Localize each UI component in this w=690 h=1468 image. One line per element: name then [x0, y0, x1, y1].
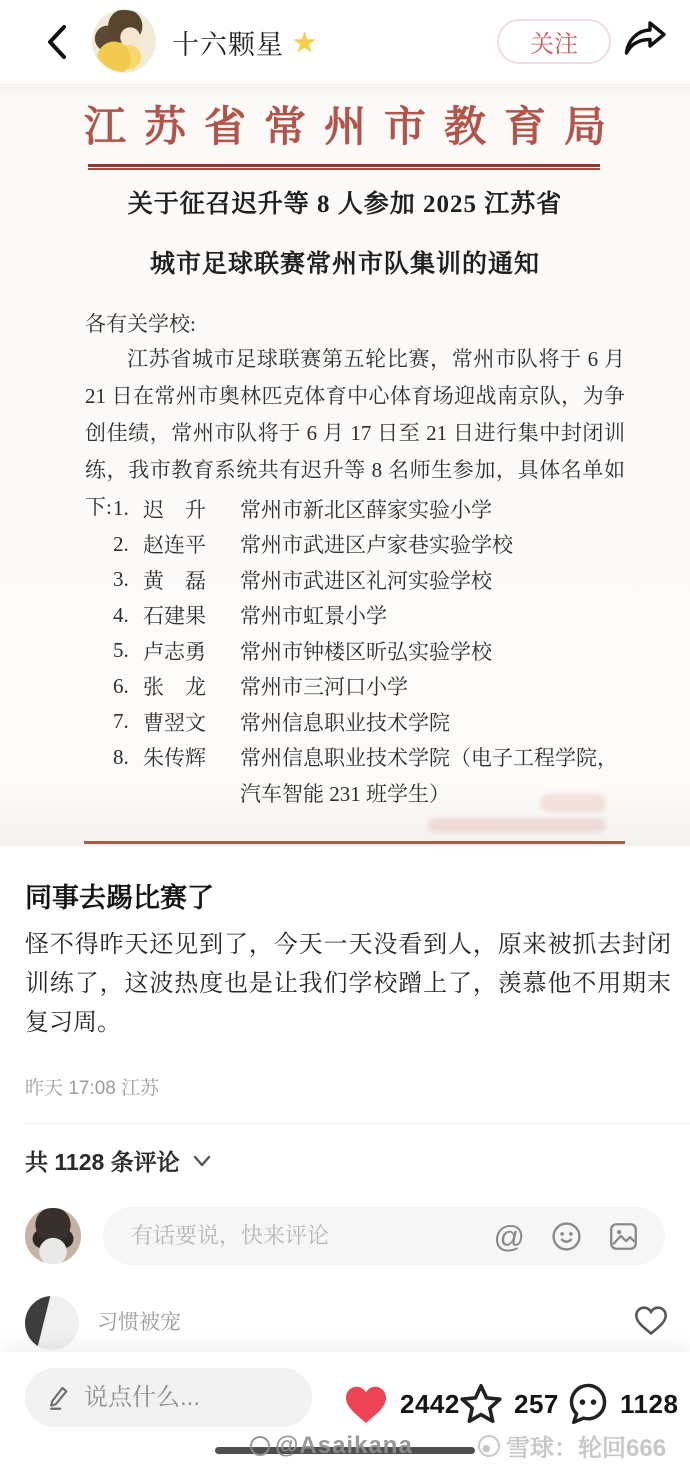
comment-count-button[interactable]: 1128	[566, 1376, 678, 1432]
doc-salutation: 各有关学校:	[85, 308, 196, 338]
post-timestamp: 昨天 17:08 江苏	[25, 1073, 159, 1100]
commenter-username[interactable]: 习惯被宠	[97, 1306, 181, 1336]
roster-name: 朱传辉	[143, 742, 240, 772]
like-count: 2442	[400, 1389, 460, 1420]
commenter-avatar[interactable]	[25, 1296, 79, 1350]
roster-row: 5. 卢志勇 常州市钟楼区昕弘实验学校	[113, 633, 633, 669]
doc-watermark-smudge	[428, 818, 606, 832]
comments-count-label: 共 1128 条评论	[25, 1144, 180, 1177]
author-name-row[interactable]: 十六颗星 ★	[172, 0, 317, 85]
xueqiu-logo-icon	[478, 1435, 500, 1457]
star-outline-icon	[458, 1382, 504, 1426]
share-arrow-icon	[622, 19, 668, 63]
roster-school: 常州市武进区礼河实验学校	[240, 565, 633, 595]
watermark-center-text: @Asaikana	[275, 1432, 413, 1460]
roster-number: 3.	[113, 567, 143, 592]
bottom-action-bar: 2442 257 1128 @Asaikana 雪球：轮回666	[0, 1352, 690, 1468]
comments-header[interactable]: 共 1128 条评论	[25, 1144, 212, 1177]
pencil-icon	[45, 1384, 72, 1411]
heart-filled-icon	[342, 1381, 390, 1427]
roster-number: 2.	[113, 532, 143, 557]
doc-watermark-smudge	[540, 794, 606, 812]
post-body: 怪不得昨天还见到了，今天一天没看到人，原来被抓去封闭训练了，这波热度也是让我们学…	[25, 925, 671, 1042]
roster-row: 1. 迟 升 常州市新北区薛家实验小学	[113, 491, 633, 527]
roster-number: 7.	[113, 709, 143, 734]
watermark-right-text: 雪球：轮回666	[506, 1428, 666, 1463]
roster-row: 7. 曹翌文 常州信息职业技术学院	[113, 704, 633, 740]
comment-count: 1128	[620, 1389, 678, 1420]
back-button[interactable]	[36, 20, 76, 64]
roster-name: 卢志勇	[143, 636, 240, 666]
comment-input-pill[interactable]: @	[103, 1207, 665, 1265]
post-detail-page: 十六颗星 ★ 关注 江苏省常州市教育局 关于征召迟升等 8 人参加 2025 江…	[0, 0, 690, 1468]
composer-pill[interactable]	[25, 1368, 312, 1427]
roster-row: 8. 朱传辉 常州信息职业技术学院（电子工程学院，	[113, 740, 633, 776]
follow-button-label: 关注	[530, 24, 578, 59]
roster-number: 4.	[113, 603, 143, 628]
roster-school: 常州信息职业技术学院	[240, 707, 633, 737]
post-image-document[interactable]: 江苏省常州市教育局 关于征召迟升等 8 人参加 2025 江苏省 城市足球联赛常…	[0, 86, 690, 846]
doc-roster: 1. 迟 升 常州市新北区薛家实验小学 2. 赵连平 常州市武进区卢家巷实验学校…	[113, 491, 633, 811]
roster-name: 曹翌文	[143, 707, 240, 737]
roster-number: 1.	[113, 496, 143, 521]
star-badge-icon: ★	[292, 26, 317, 59]
roster-school: 常州市虹景小学	[240, 600, 633, 630]
roster-row: 3. 黄 磊 常州市武进区礼河实验学校	[113, 562, 633, 598]
watermark-right: 雪球：轮回666	[478, 1428, 666, 1463]
roster-row: 4. 石建果 常州市虹景小学	[113, 598, 633, 634]
doc-agency-title: 江苏省常州市教育局	[0, 94, 690, 154]
roster-name: 石建果	[143, 600, 240, 630]
collect-button[interactable]: 257	[458, 1376, 559, 1432]
roster-number: 8.	[113, 745, 143, 770]
image-upload-icon[interactable]	[608, 1221, 639, 1252]
emoji-smiley-icon[interactable]	[551, 1221, 582, 1252]
roster-school: 常州市新北区薛家实验小学	[240, 494, 633, 524]
roster-name: 黄 磊	[143, 565, 240, 595]
chat-bubble-icon	[566, 1382, 610, 1426]
chevron-down-icon	[192, 1154, 212, 1168]
roster-number: 5.	[113, 638, 143, 663]
doc-title-line1: 关于征召迟升等 8 人参加 2025 江苏省	[0, 184, 690, 220]
comment-input-icons: @	[494, 1221, 665, 1252]
doc-title-line2: 城市足球联赛常州市队集训的通知	[0, 244, 690, 280]
roster-school: 常州市三河口小学	[240, 671, 633, 701]
roster-name: 赵连平	[143, 529, 240, 559]
comment-like-button[interactable]	[631, 1300, 671, 1340]
watermark-center: @Asaikana	[250, 1432, 413, 1460]
collect-count: 257	[514, 1389, 559, 1420]
author-avatar[interactable]	[92, 9, 156, 73]
roster-school: 常州信息职业技术学院（电子工程学院，	[240, 742, 633, 772]
roster-row: 6. 张 龙 常州市三河口小学	[113, 669, 633, 705]
comment-input[interactable]	[103, 1223, 494, 1249]
share-button[interactable]	[620, 17, 670, 65]
watermark-logo-icon	[250, 1436, 270, 1456]
like-button[interactable]: 2442	[342, 1376, 460, 1432]
mention-at-icon[interactable]: @	[494, 1221, 525, 1252]
my-avatar[interactable]	[25, 1208, 81, 1264]
post-title: 同事去踢比赛了	[25, 876, 214, 915]
roster-name: 迟 升	[143, 494, 240, 524]
roster-school: 常州市武进区卢家巷实验学校	[240, 529, 633, 559]
roster-row: 2. 赵连平 常州市武进区卢家巷实验学校	[113, 527, 633, 563]
doc-red-rule	[88, 164, 600, 170]
follow-button[interactable]: 关注	[497, 19, 611, 64]
roster-number: 6.	[113, 674, 143, 699]
roster-name: 张 龙	[143, 671, 240, 701]
doc-footer-red-line	[84, 841, 625, 844]
author-username: 十六颗星	[172, 23, 284, 62]
chevron-left-icon	[43, 20, 69, 64]
composer-input[interactable]	[84, 1384, 312, 1412]
section-divider	[25, 1123, 690, 1124]
roster-school: 常州市钟楼区昕弘实验学校	[240, 636, 633, 666]
top-bar: 十六颗星 ★ 关注	[0, 0, 690, 85]
heart-outline-icon	[633, 1303, 669, 1337]
